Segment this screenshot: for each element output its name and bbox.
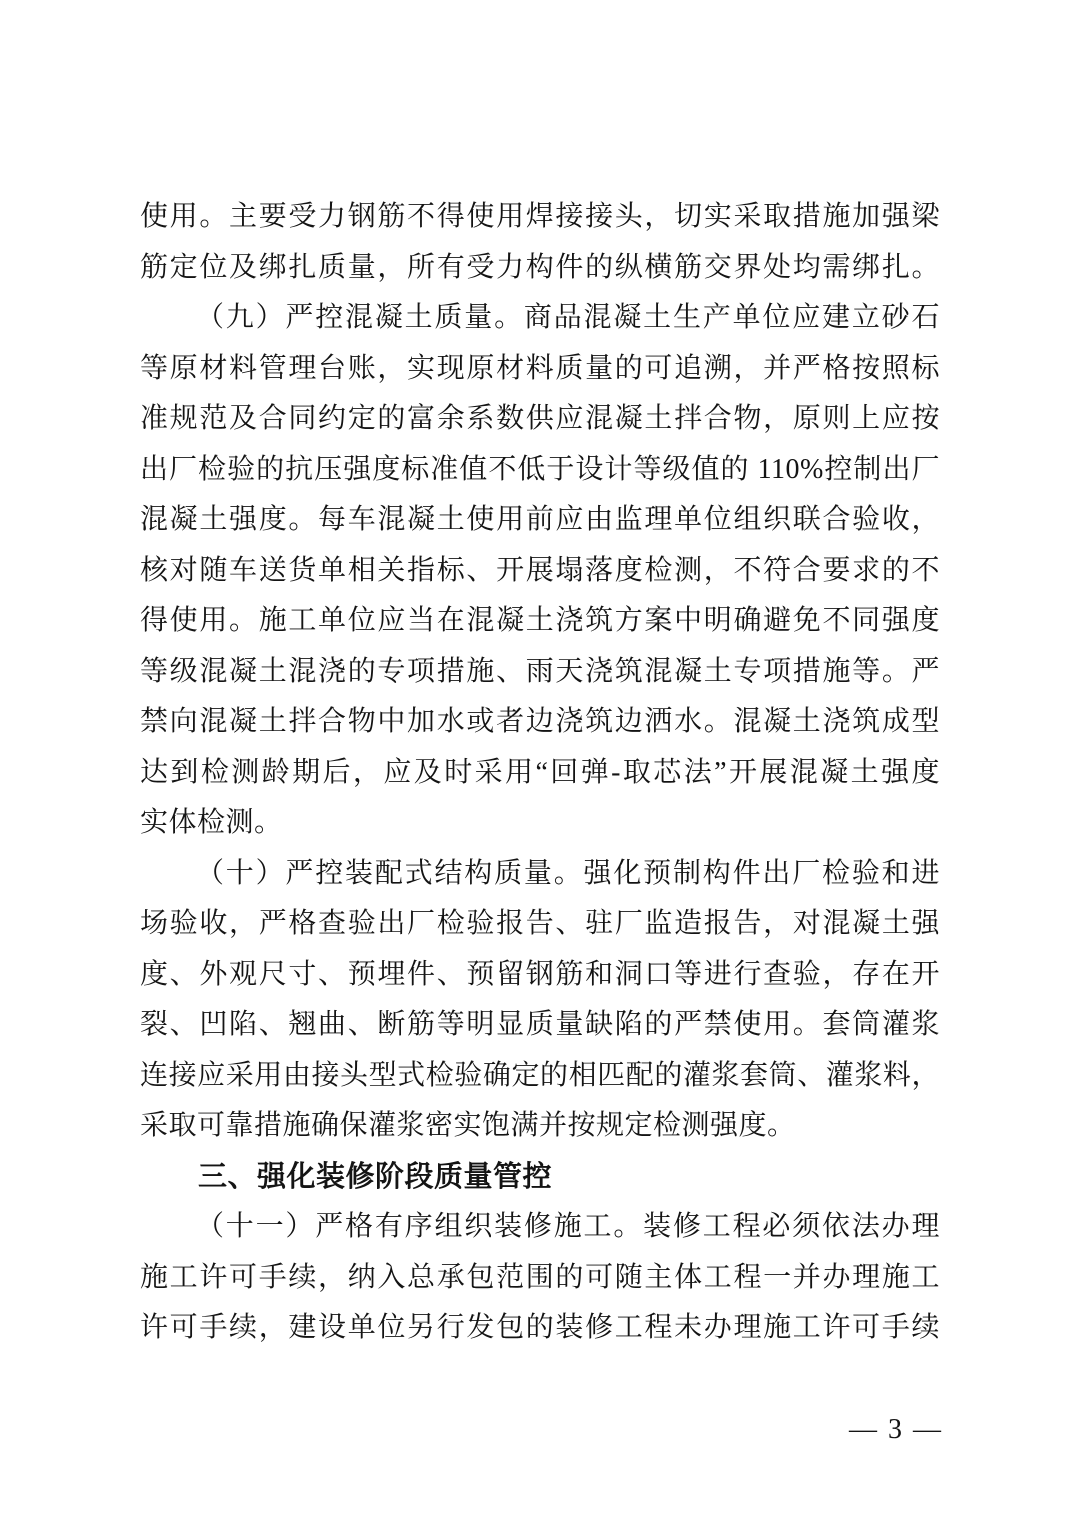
text-line: 场验收，严格查验出厂检验报告、驻厂监造报告，对混凝土强 xyxy=(140,899,940,950)
text-line: 等级混凝土混浇的专项措施、雨天浇筑混凝土专项措施等。严 xyxy=(140,647,940,698)
text-line: 混凝土强度。每车混凝土使用前应由监理单位组织联合验收， xyxy=(140,495,940,546)
section-heading: 三、强化装修阶段质量管控 xyxy=(140,1152,940,1203)
text-line: 等原材料管理台账，实现原材料质量的可追溯，并严格按照标 xyxy=(140,344,940,395)
text-line: 使用。主要受力钢筋不得使用焊接接头，切实采取措施加强梁 xyxy=(140,192,940,243)
text-line: 出厂检验的抗压强度标准值不低于设计等级值的 110%控制出厂 xyxy=(140,445,940,496)
page-number: — 3 — xyxy=(849,1412,943,1448)
text-line: （十）严控装配式结构质量。强化预制构件出厂检验和进 xyxy=(140,849,940,900)
text-line: 施工许可手续，纳入总承包范围的可随主体工程一并办理施工 xyxy=(140,1253,940,1304)
text-line: 禁向混凝土拌合物中加水或者边浇筑边洒水。混凝土浇筑成型 xyxy=(140,697,940,748)
text-line: 采取可靠措施确保灌浆密实饱满并按规定检测强度。 xyxy=(140,1101,940,1152)
document-body: 使用。主要受力钢筋不得使用焊接接头，切实采取措施加强梁 筋定位及绑扎质量，所有受… xyxy=(140,192,940,1354)
text-line: 达到检测龄期后，应及时采用“回弹-取芯法”开展混凝土强度 xyxy=(140,748,940,799)
text-line: （十一）严格有序组织装修施工。装修工程必须依法办理 xyxy=(140,1202,940,1253)
text-line: 实体检测。 xyxy=(140,798,940,849)
text-line: 连接应采用由接头型式检验确定的相匹配的灌浆套筒、灌浆料， xyxy=(140,1051,940,1102)
text-line: 裂、凹陷、翘曲、断筋等明显质量缺陷的严禁使用。套筒灌浆 xyxy=(140,1000,940,1051)
text-line: （九）严控混凝土质量。商品混凝土生产单位应建立砂石 xyxy=(140,293,940,344)
text-line: 筋定位及绑扎质量，所有受力构件的纵横筋交界处均需绑扎。 xyxy=(140,243,940,294)
text-line: 许可手续，建设单位另行发包的装修工程未办理施工许可手续 xyxy=(140,1303,940,1354)
text-line: 得使用。施工单位应当在混凝土浇筑方案中明确避免不同强度 xyxy=(140,596,940,647)
text-line: 度、外观尺寸、预埋件、预留钢筋和洞口等进行查验，存在开 xyxy=(140,950,940,1001)
text-line: 准规范及合同约定的富余系数供应混凝土拌合物，原则上应按 xyxy=(140,394,940,445)
document-page: 使用。主要受力钢筋不得使用焊接接头，切实采取措施加强梁 筋定位及绑扎质量，所有受… xyxy=(0,0,1080,1527)
text-line: 核对随车送货单相关指标、开展塌落度检测，不符合要求的不 xyxy=(140,546,940,597)
